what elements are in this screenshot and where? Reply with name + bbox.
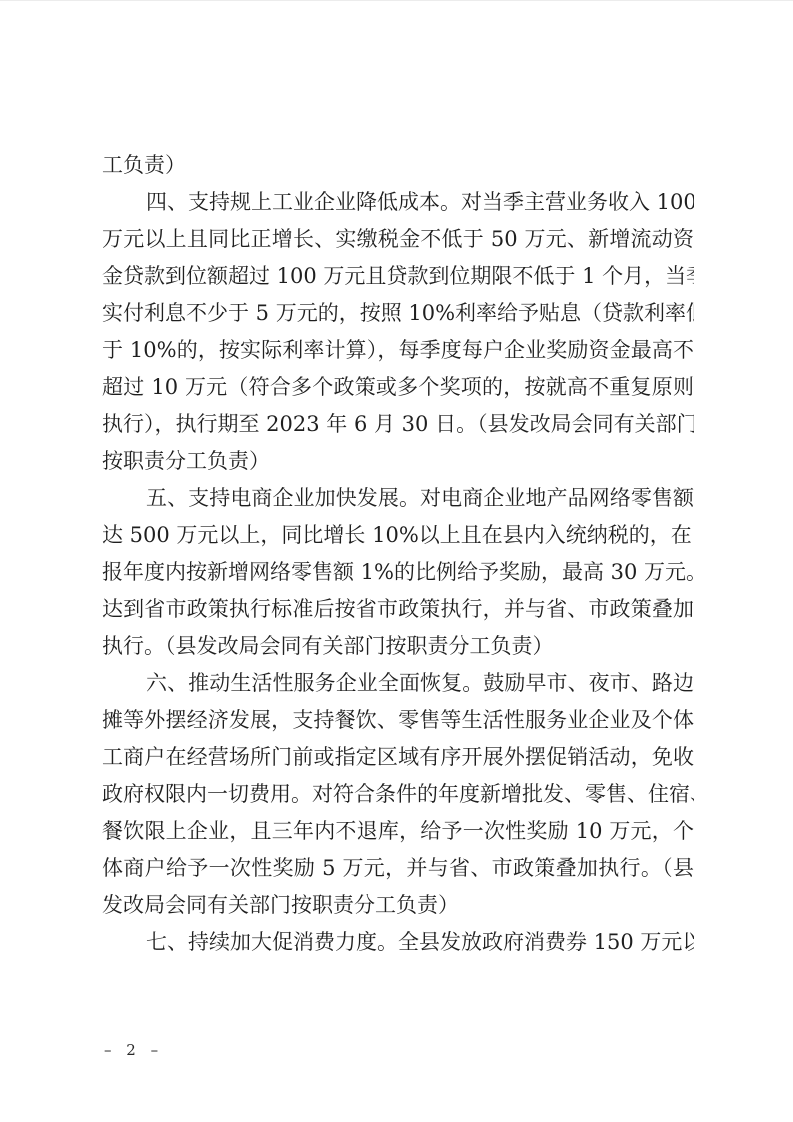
text-line: 万元以上且同比正增长、实缴税金不低于 50 万元、新增流动资: [102, 221, 694, 258]
text-line: 六、推动生活性服务企业全面恢复。鼓励早市、夜市、路边: [102, 665, 694, 702]
text-line: 工负责）: [102, 147, 694, 184]
document-text: 工负责）四、支持规上工业企业降低成本。对当季主营业务收入 1000万元以上且同比…: [102, 147, 694, 961]
text-line: 金贷款到位额超过 100 万元且贷款到位期限不低于 1 个月，当季: [102, 258, 694, 295]
text-line: 达 500 万元以上，同比增长 10%以上且在县内入统纳税的，在申: [102, 517, 694, 554]
text-line: 执行），执行期至 2023 年 6 月 30 日。（县发改局会同有关部门: [102, 406, 694, 443]
text-line: 工商户在经营场所门前或指定区域有序开展外摆促销活动，免收: [102, 739, 694, 776]
text-line: 体商户给予一次性奖励 5 万元，并与省、市政策叠加执行。（县: [102, 850, 694, 887]
text-line: 五、支持电商企业加快发展。对电商企业地产品网络零售额: [102, 480, 694, 517]
text-line: 餐饮限上企业，且三年内不退库，给予一次性奖励 10 万元，个: [102, 813, 694, 850]
text-line: 达到省市政策执行标准后按省市政策执行，并与省、市政策叠加: [102, 591, 694, 628]
text-line: 政府权限内一切费用。对符合条件的年度新增批发、零售、住宿、: [102, 776, 694, 813]
text-line: 四、支持规上工业企业降低成本。对当季主营业务收入 1000: [102, 184, 694, 221]
text-line: 发改局会同有关部门按职责分工负责）: [102, 887, 694, 924]
page-number: – 2 –: [104, 1041, 163, 1059]
document-page: 工负责）四、支持规上工业企业降低成本。对当季主营业务收入 1000万元以上且同比…: [0, 0, 793, 1122]
text-line: 于 10%的，按实际利率计算），每季度每户企业奖励资金最高不: [102, 332, 694, 369]
text-line: 超过 10 万元（符合多个政策或多个奖项的，按就高不重复原则: [102, 369, 694, 406]
text-line: 摊等外摆经济发展，支持餐饮、零售等生活性服务业企业及个体: [102, 702, 694, 739]
text-line: 报年度内按新增网络零售额 1%的比例给予奖励，最高 30 万元。: [102, 554, 694, 591]
text-line: 执行。（县发改局会同有关部门按职责分工负责）: [102, 628, 694, 665]
text-line: 按职责分工负责）: [102, 443, 694, 480]
text-line: 七、持续加大促消费力度。全县发放政府消费券 150 万元以: [102, 924, 694, 961]
text-line: 实付利息不少于 5 万元的，按照 10%利率给予贴息（贷款利率低: [102, 295, 694, 332]
